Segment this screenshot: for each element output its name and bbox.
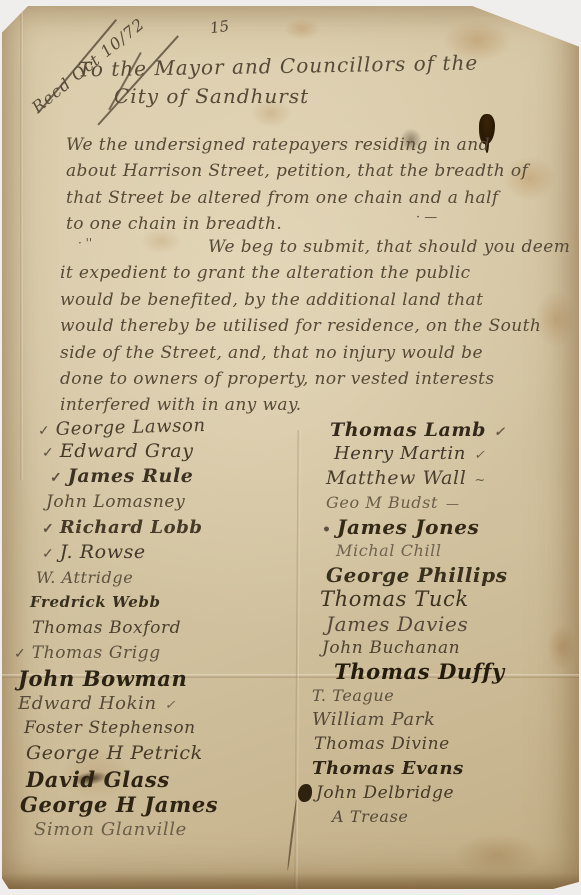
signature-name: Thomas Divine: [314, 734, 450, 754]
flourish-mark-icon: —: [446, 493, 459, 517]
signature-name: James Davies: [326, 612, 468, 636]
signature-name: Simon Glanville: [34, 819, 187, 840]
signature-name: David Glass: [26, 767, 170, 792]
signature-name: John Buchanan: [322, 638, 460, 658]
signature: James Davies: [320, 612, 574, 636]
tick-mark-icon: ✓: [42, 517, 54, 542]
signature-name: Fredrick Webb: [30, 593, 161, 611]
signature-name: George Lawson: [55, 415, 205, 440]
signature: George H James: [14, 792, 290, 817]
fold-crease-vertical: [294, 430, 300, 889]
signature-name: Edward Gray: [60, 440, 194, 462]
signature: Thomas Boxford: [26, 616, 290, 641]
signature: Thomas Tuck: [314, 587, 574, 611]
paper-sheet: Recd Oct 10/72 15 To the Mayor and Counc…: [2, 6, 579, 889]
signature: Thomas Lamb✓: [324, 418, 574, 442]
signature-name: Thomas Grigg: [32, 643, 161, 663]
signature: David Glass: [20, 767, 290, 792]
paragraph-end-mark: · —: [416, 210, 437, 225]
tick-mark-icon: ✓: [38, 419, 50, 445]
signature-name: John Lomasney: [46, 492, 185, 512]
paper-stain: [284, 18, 320, 40]
signature: Thomas Evans: [306, 757, 574, 781]
signature: John Delbridge: [310, 781, 574, 805]
flourish-mark-icon: ✓: [494, 421, 505, 445]
signature: W. Attridge: [30, 565, 290, 590]
handwritten-line: done to owners of property, nor vested i…: [60, 366, 538, 392]
signature-name: W. Attridge: [36, 568, 133, 587]
tick-mark-icon: ✓: [42, 542, 54, 567]
signature: T. Teague: [306, 684, 574, 708]
signature: Thomas Duffy: [328, 660, 574, 684]
signature: Thomas Divine: [308, 732, 574, 756]
signature-name: George H James: [20, 792, 218, 817]
handwritten-line: side of the Street, and, that no injury …: [60, 340, 538, 366]
signature-column-left: ✓George Lawson ✓Edward Gray ✓James Rule …: [12, 414, 290, 842]
signature-name: James Jones: [337, 515, 479, 539]
signature: •James Jones: [322, 515, 574, 539]
tick-mark-icon: ✓: [42, 441, 54, 466]
signature-name: Thomas Tuck: [320, 587, 469, 611]
handwritten-line: would thereby be utilised for residence,…: [60, 313, 538, 339]
signature-name: John Bowman: [18, 666, 187, 691]
signature-name: Matthew Wall: [326, 467, 466, 489]
signature-name: J. Rowse: [60, 541, 146, 563]
signature: George H Petrick: [20, 741, 290, 766]
signature: ✓Edward Gray: [42, 439, 290, 464]
signature: Edward Hokin✓: [12, 691, 290, 716]
fold-crease-left: [20, 10, 23, 480]
salutation-line-2: City of Sandhurst: [114, 84, 309, 108]
signature-name: Henry Martin: [334, 443, 466, 464]
signature-name: John Delbridge: [316, 783, 454, 803]
signature: ✓Thomas Grigg: [14, 641, 290, 666]
signature: Michal Chill: [330, 539, 574, 563]
signature: Henry Martin✓: [328, 442, 574, 466]
signature-name: Thomas Boxford: [32, 618, 181, 638]
paper-stain: [535, 291, 577, 347]
handwritten-line: it expedient to grant the alteration the…: [60, 260, 538, 286]
signature-name: William Park: [312, 709, 435, 730]
signature: ✓James Rule: [50, 464, 290, 489]
scanned-petition-page: Recd Oct 10/72 15 To the Mayor and Counc…: [0, 0, 581, 895]
signature: ✓George Lawson: [38, 411, 291, 443]
handwritten-line: would be benefited, by the additional la…: [60, 287, 538, 313]
signature-name: Thomas Duffy: [334, 659, 505, 684]
signature-name: T. Teague: [312, 686, 394, 705]
signature: Geo M Budst—: [320, 491, 574, 515]
handwritten-line: that Street be altered from one chain an…: [66, 185, 538, 211]
signature-name: Edward Hokin: [18, 693, 157, 714]
signature: ✓J. Rowse: [42, 540, 290, 565]
signature: William Park: [306, 708, 574, 732]
signature-name: Thomas Evans: [312, 758, 464, 779]
signature: Simon Glanville: [28, 817, 290, 842]
signature: Matthew Wall~: [320, 466, 574, 490]
signature: George Phillips: [320, 563, 574, 587]
handwritten-line: about Harrison Street, petition, that th…: [66, 158, 538, 184]
signature-name: Richard Lobb: [60, 517, 203, 538]
tick-mark-icon: ✓: [50, 466, 62, 491]
signature-name: Thomas Lamb: [330, 419, 486, 441]
signature-name: James Rule: [68, 465, 194, 487]
signature-column-right: Thomas Lamb✓ Henry Martin✓ Matthew Wall~…: [308, 418, 574, 829]
petition-paragraph-2: We beg to submit, that should you deem i…: [60, 234, 538, 419]
signature: John Buchanan: [316, 636, 574, 660]
paper-stain: [454, 834, 542, 876]
page-number: 15: [209, 17, 230, 37]
signature-name: George H Petrick: [26, 742, 203, 764]
signature-name: George Phillips: [326, 563, 508, 587]
signature: ✓Richard Lobb: [42, 515, 290, 540]
signature: A Trease: [326, 805, 574, 829]
tick-mark-icon: ✓: [14, 642, 26, 667]
signature-name: Geo M Budst: [326, 493, 438, 512]
handwritten-line: We the undersigned ratepayers residing i…: [66, 132, 538, 158]
paper-bottom-shadow: [2, 873, 579, 889]
signature: John Lomasney: [40, 490, 290, 515]
petition-paragraph-1: We the undersigned ratepayers residing i…: [66, 132, 538, 238]
signature: Foster Stephenson: [18, 716, 290, 741]
signature: Fredrick Webb: [24, 590, 290, 615]
signature-name: A Trease: [332, 807, 408, 826]
flourish-mark-icon: ✓: [165, 693, 176, 718]
flourish-mark-icon: ✓: [474, 444, 485, 468]
handwritten-line: We beg to submit, that should you deem: [60, 234, 538, 260]
signature: John Bowman: [12, 666, 290, 691]
signature-name: Michal Chill: [336, 541, 442, 560]
flourish-mark-icon: ~: [474, 469, 485, 493]
signature-name: Foster Stephenson: [24, 718, 196, 738]
